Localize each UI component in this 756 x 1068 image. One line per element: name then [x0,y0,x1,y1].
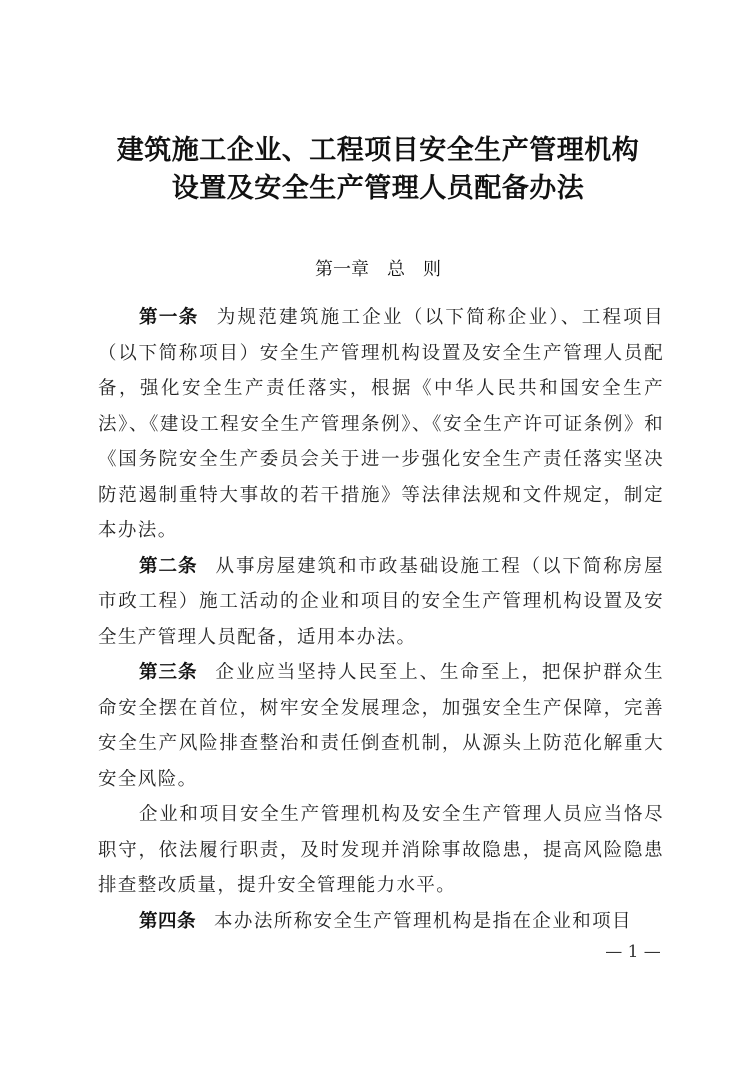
article-text: 为规范建筑施工企业（以下简称企业）、工程项目（以下简称项目）安全生产管理机构设置… [98,307,664,541]
article-2: 第二条从事房屋建筑和市政基础设施工程（以下简称房屋市政工程）施工活动的企业和项目… [98,549,664,656]
article-number: 第三条 [139,662,198,683]
document-title: 建筑施工企业、工程项目安全生产管理机构 设置及安全生产管理人员配备办法 [80,132,676,208]
article-text: 企业和项目安全生产管理机构及安全生产管理人员应当恪尽职守，依法履行职责，及时发现… [98,804,664,896]
page-number: — 1 — [598,942,668,962]
article-3-continued: 企业和项目安全生产管理机构及安全生产管理人员应当恪尽职守，依法履行职责，及时发现… [98,797,664,904]
article-4: 第四条本办法所称安全生产管理机构是指在企业和项目 [98,904,664,940]
article-number: 第四条 [139,911,196,932]
document-body: 第一条为规范建筑施工企业（以下简称企业）、工程项目（以下简称项目）安全生产管理机… [98,300,664,939]
title-line-2: 设置及安全生产管理人员配备办法 [80,170,676,208]
article-number: 第一条 [139,307,199,328]
title-line-1: 建筑施工企业、工程项目安全生产管理机构 [80,132,676,170]
chapter-heading: 第一章 总 则 [0,256,756,284]
article-1: 第一条为规范建筑施工企业（以下简称企业）、工程项目（以下简称项目）安全生产管理机… [98,300,664,549]
document-page: 建筑施工企业、工程项目安全生产管理机构 设置及安全生产管理人员配备办法 第一章 … [0,0,756,1068]
article-3: 第三条企业应当坚持人民至上、生命至上，把保护群众生命安全摆在首位，树牢安全发展理… [98,655,664,797]
article-number: 第二条 [139,556,198,577]
article-text: 本办法所称安全生产管理机构是指在企业和项目 [214,911,632,932]
